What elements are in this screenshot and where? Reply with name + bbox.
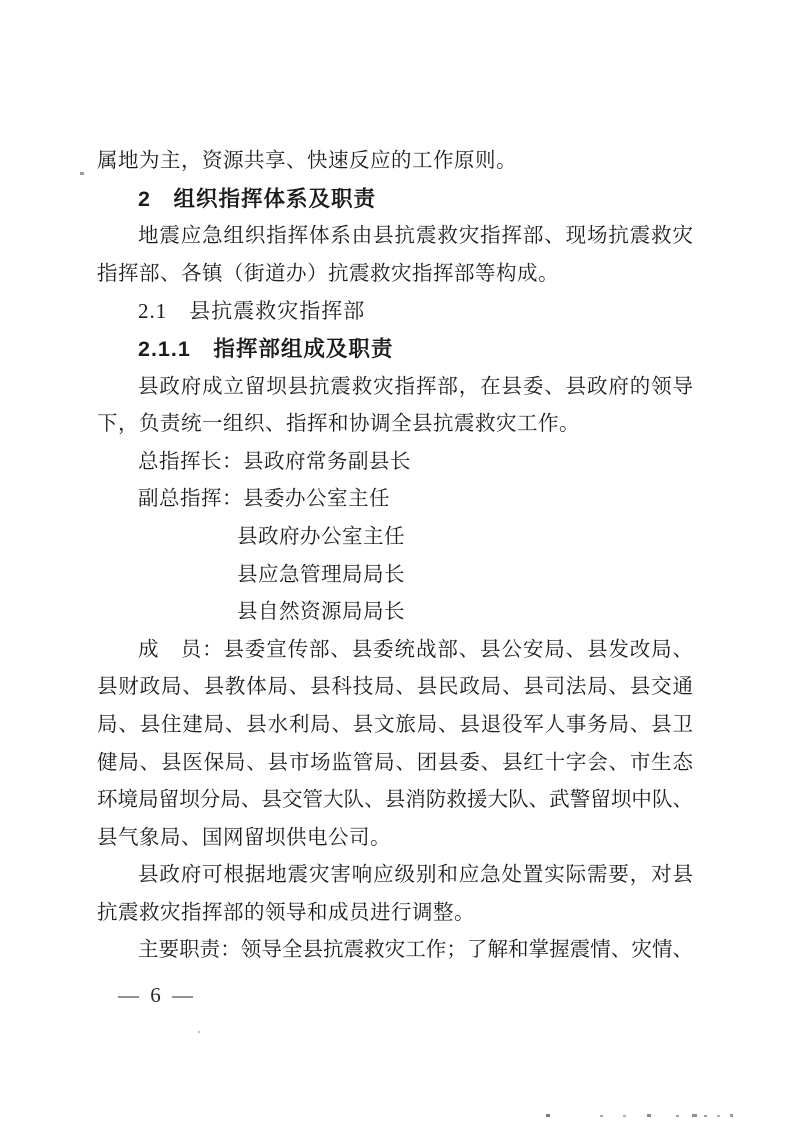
paragraph-line: 县政府可根据地震灾害响应级别和应急处置实际需要，对县 [97, 857, 693, 895]
scan-speck [704, 1115, 707, 1117]
paragraph-line: 下，负责统一组织、指挥和协调全县抗震救灾工作。 [97, 406, 693, 444]
role-line: 副总指挥：县委办公室主任 [97, 481, 693, 519]
section-heading: 2.1.1 指挥部组成及职责 [97, 331, 693, 369]
paragraph-line: 抗震救灾指挥部的领导和成员进行调整。 [97, 895, 693, 933]
role-line: 总指挥长：县政府常务副县长 [97, 444, 693, 482]
member-line: 健局、县医保局、县市场监管局、团县委、县红十字会、市生态 [97, 745, 693, 783]
member-line: 县气象局、国网留坝供电公司。 [97, 820, 693, 858]
document-page: 属地为主，资源共享、快速反应的工作原则。2 组织指挥体系及职责地震应急组织指挥体… [0, 0, 793, 1123]
scan-speck [717, 1115, 720, 1117]
role-line: 县自然资源局局长 [97, 594, 693, 632]
scan-speck [600, 1115, 603, 1117]
member-line: 成 员：县委宣传部、县委统战部、县公安局、县发改局、 [97, 632, 693, 670]
paragraph-line: 县政府成立留坝县抗震救灾指挥部，在县委、县政府的领导 [97, 369, 693, 407]
role-line: 县应急管理局局长 [97, 557, 693, 595]
scan-speck [546, 1114, 550, 1117]
scan-speck [80, 172, 84, 175]
scan-speck [730, 1114, 733, 1117]
section-heading: 2.1 县抗震救灾指挥部 [97, 293, 693, 331]
scan-speck [692, 1114, 697, 1117]
scan-speck [647, 1114, 651, 1117]
paragraph-line: 主要职责：领导全县抗震救灾工作；了解和掌握震情、灾情、 [97, 932, 693, 970]
section-heading: 2 组织指挥体系及职责 [97, 181, 693, 219]
scan-speck [676, 1115, 679, 1117]
paragraph-line: 属地为主，资源共享、快速反应的工作原则。 [97, 143, 693, 181]
page-number: — 6 — [118, 983, 196, 1008]
document-body: 属地为主，资源共享、快速反应的工作原则。2 组织指挥体系及职责地震应急组织指挥体… [97, 143, 693, 970]
scan-speck [623, 1115, 626, 1117]
paragraph-line: 指挥部、各镇（街道办）抗震救灾指挥部等构成。 [97, 256, 693, 294]
role-line: 县政府办公室主任 [97, 519, 693, 557]
paragraph-line: 地震应急组织指挥体系由县抗震救灾指挥部、现场抗震救灾 [97, 218, 693, 256]
member-line: 县财政局、县教体局、县科技局、县民政局、县司法局、县交通 [97, 669, 693, 707]
scan-speck [198, 1031, 200, 1033]
member-line: 局、县住建局、县水利局、县文旅局、县退役军人事务局、县卫 [97, 707, 693, 745]
member-line: 环境局留坝分局、县交管大队、县消防救援大队、武警留坝中队、 [97, 782, 693, 820]
